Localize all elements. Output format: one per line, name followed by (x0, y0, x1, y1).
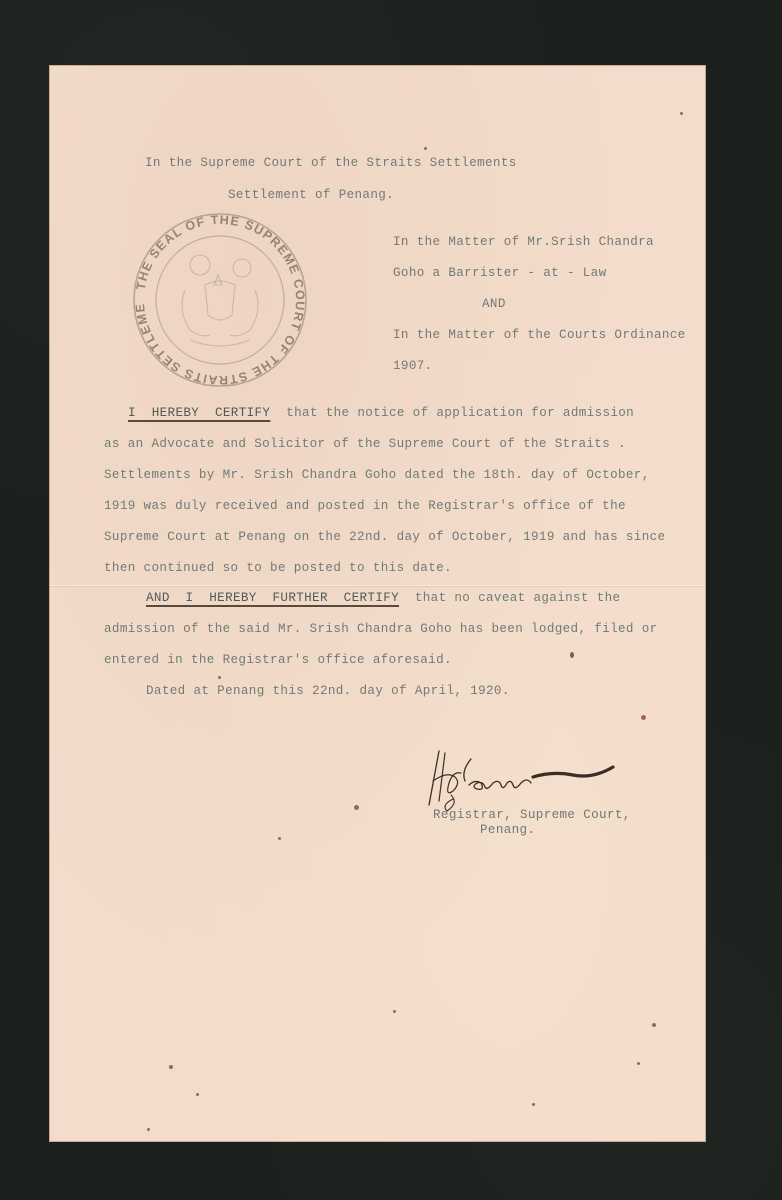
further-certify-line-1: AND I HEREBY FURTHER CERTIFY that no cav… (146, 590, 620, 606)
matter-line-3: In the Matter of the Courts Ordinance (393, 327, 686, 343)
fold-crease (50, 585, 705, 586)
certify-paragraph-line-5: Supreme Court at Penang on the 22nd. day… (104, 529, 665, 545)
foxing-spot (196, 1093, 199, 1096)
further-certify-line-3: entered in the Registrar's office afores… (104, 652, 452, 668)
dated-line: Dated at Penang this 22nd. day of April,… (146, 683, 510, 699)
matter-and: AND (482, 296, 506, 312)
certify-paragraph-line-6: then continued so to be posted to this d… (104, 560, 452, 576)
certify-paragraph-line-3: Settlements by Mr. Srish Chandra Goho da… (104, 467, 650, 483)
certify-paragraph-line-2: as an Advocate and Solicitor of the Supr… (104, 436, 626, 452)
matter-line-1: In the Matter of Mr.Srish Chandra (393, 234, 654, 250)
foxing-spot (532, 1103, 535, 1106)
court-seal-icon: THE SEAL OF THE SUPREME COURT OF THE STR… (130, 210, 310, 390)
foxing-spot (278, 837, 281, 840)
certify-paragraph-line-1: I HEREBY CERTIFY that the notice of appl… (128, 405, 634, 421)
further-certify-text: that no caveat against the (399, 591, 620, 605)
foxing-spot (424, 147, 427, 150)
hereby-certify-lead: I HEREBY CERTIFY (128, 406, 270, 420)
registrar-signature (425, 745, 635, 815)
registrar-location: Penang. (480, 822, 535, 838)
matter-line-4: 1907. (393, 358, 433, 374)
settlement-heading: Settlement of Penang. (228, 187, 394, 203)
matter-line-2: Goho a Barrister - at - Law (393, 265, 607, 281)
foxing-spot (393, 1010, 396, 1013)
foxing-spot (652, 1023, 656, 1027)
court-heading: In the Supreme Court of the Straits Sett… (145, 155, 517, 171)
foxing-spot (637, 1062, 640, 1065)
further-certify-lead: AND I HEREBY FURTHER CERTIFY (146, 591, 399, 605)
foxing-spot (680, 112, 683, 115)
foxing-spot (147, 1128, 150, 1131)
certify-paragraph-line-4: 1919 was duly received and posted in the… (104, 498, 626, 514)
foxing-spot (354, 805, 359, 810)
further-certify-line-2: admission of the said Mr. Srish Chandra … (104, 621, 658, 637)
foxing-spot (169, 1065, 173, 1069)
foxing-spot (641, 715, 646, 720)
foxing-spot (218, 676, 221, 679)
registrar-title: Registrar, Supreme Court, (433, 807, 631, 823)
certify-text: that the notice of application for admis… (270, 406, 634, 420)
foxing-spot (570, 652, 574, 658)
